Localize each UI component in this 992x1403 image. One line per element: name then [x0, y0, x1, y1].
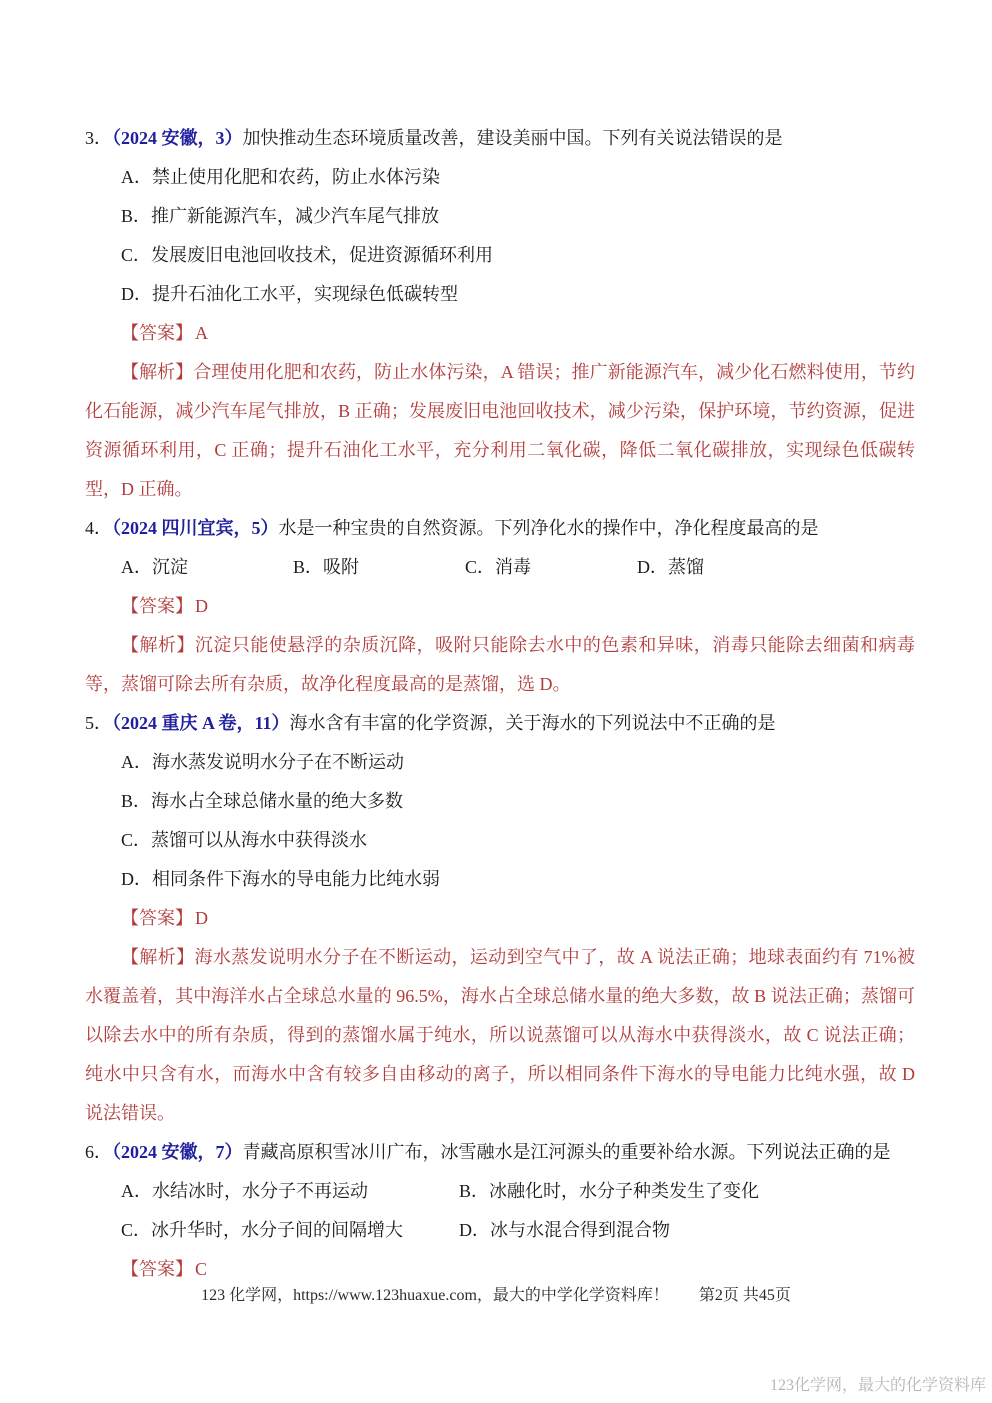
- answer-value: D: [193, 596, 208, 616]
- answer-label: 【答案】: [121, 596, 193, 616]
- answer-value: A: [193, 323, 208, 343]
- questions-area: 3．（2024 安徽，3）加快推动生态环境质量改善，建设美丽中国。下列有关说法错…: [85, 119, 915, 1289]
- analysis-paragraph: 【解析】海水蒸发说明水分子在不断运动，运动到空气中了，故 A 说法正确；地球表面…: [85, 938, 915, 1133]
- question-block: 3．（2024 安徽，3）加快推动生态环境质量改善，建设美丽中国。下列有关说法错…: [85, 119, 915, 509]
- answer-label: 【答案】: [121, 908, 193, 928]
- answer-label: 【答案】: [121, 323, 193, 343]
- option-A: A．海水蒸发说明水分子在不断运动: [121, 743, 915, 782]
- options-group: A．沉淀B．吸附C．消毒D．蒸馏: [85, 548, 915, 587]
- options-group: A．禁止使用化肥和农药，防止水体污染B．推广新能源汽车，减少汽车尾气排放C．发展…: [85, 158, 915, 314]
- options-group: A．海水蒸发说明水分子在不断运动B．海水占全球总储水量的绝大多数C．蒸馏可以从海…: [85, 743, 915, 899]
- option-C: C．蒸馏可以从海水中获得淡水: [121, 821, 915, 860]
- question-stem-line: 5．（2024 重庆 A 卷，11）海水含有丰富的化学资源，关于海水的下列说法中…: [85, 704, 915, 743]
- analysis-label: 【解析】: [121, 947, 194, 967]
- question-stem: 青藏高原积雪冰川广布，冰雪融水是江河源头的重要补给水源。下列说法正确的是: [243, 1142, 891, 1162]
- question-number: 4．: [85, 518, 112, 538]
- option-A: A．沉淀: [121, 548, 293, 587]
- analysis-label: 【解析】: [121, 635, 195, 655]
- answer-label: 【答案】: [121, 1259, 193, 1279]
- option-A: A．禁止使用化肥和农药，防止水体污染: [121, 158, 915, 197]
- question-block: 5．（2024 重庆 A 卷，11）海水含有丰富的化学资源，关于海水的下列说法中…: [85, 704, 915, 1133]
- question-block: 4．（2024 四川宜宾，5）水是一种宝贵的自然资源。下列净化水的操作中，净化程…: [85, 509, 915, 704]
- option-C: C．消毒: [465, 548, 637, 587]
- option-D: D．冰与水混合得到混合物: [459, 1211, 915, 1250]
- document-page: 3．（2024 安徽，3）加快推动生态环境质量改善，建设美丽中国。下列有关说法错…: [0, 0, 992, 1403]
- option-D: D．相同条件下海水的导电能力比纯水弱: [121, 860, 915, 899]
- option-B: B．推广新能源汽车，减少汽车尾气排放: [121, 197, 915, 236]
- question-source-tag: （2024 重庆 A 卷，11）: [112, 713, 290, 733]
- question-source-tag: （2024 安徽，7）: [112, 1142, 243, 1162]
- analysis-text: 沉淀只能使悬浮的杂质沉降，吸附只能除去水中的色素和异味，消毒只能除去细菌和病毒等…: [85, 635, 915, 694]
- question-stem-line: 3．（2024 安徽，3）加快推动生态环境质量改善，建设美丽中国。下列有关说法错…: [85, 119, 915, 158]
- question-block: 6．（2024 安徽，7）青藏高原积雪冰川广布，冰雪融水是江河源头的重要补给水源…: [85, 1133, 915, 1289]
- answer-line: 【答案】D: [85, 899, 915, 938]
- answer-line: 【答案】D: [85, 587, 915, 626]
- question-source-tag: （2024 四川宜宾，5）: [112, 518, 279, 538]
- question-stem-line: 6．（2024 安徽，7）青藏高原积雪冰川广布，冰雪融水是江河源头的重要补给水源…: [85, 1133, 915, 1172]
- question-source-tag: （2024 安徽，3）: [112, 128, 243, 148]
- footer-page-indicator: 第2页 共45页: [699, 1287, 791, 1304]
- option-C: C．冰升华时，水分子间的间隔增大: [121, 1211, 459, 1250]
- analysis-text: 海水蒸发说明水分子在不断运动，运动到空气中了，故 A 说法正确；地球表面约有 7…: [85, 947, 915, 1123]
- option-B: B．冰融化时，水分子种类发生了变化: [459, 1172, 915, 1211]
- analysis-paragraph: 【解析】沉淀只能使悬浮的杂质沉降，吸附只能除去水中的色素和异味，消毒只能除去细菌…: [85, 626, 915, 704]
- option-D: D．蒸馏: [637, 548, 704, 587]
- option-B: B．吸附: [293, 548, 465, 587]
- watermark-text: 123化学网，最大的化学资料库: [770, 1372, 986, 1395]
- question-stem: 加快推动生态环境质量改善，建设美丽中国。下列有关说法错误的是: [243, 128, 783, 148]
- question-stem: 海水含有丰富的化学资源，关于海水的下列说法中不正确的是: [290, 713, 776, 733]
- option-D: D．提升石油化工水平，实现绿色低碳转型: [121, 275, 915, 314]
- question-stem: 水是一种宝贵的自然资源。下列净化水的操作中，净化程度最高的是: [279, 518, 819, 538]
- footer-site-info: 123 化学网，https://www.123huaxue.com，最大的中学化…: [201, 1287, 669, 1304]
- question-number: 3．: [85, 128, 112, 148]
- answer-value: C: [193, 1259, 207, 1279]
- option-B: B．海水占全球总储水量的绝大多数: [121, 782, 915, 821]
- question-stem-line: 4．（2024 四川宜宾，5）水是一种宝贵的自然资源。下列净化水的操作中，净化程…: [85, 509, 915, 548]
- option-A: A．水结冰时，水分子不再运动: [121, 1172, 459, 1211]
- question-number: 5．: [85, 713, 112, 733]
- answer-line: 【答案】A: [85, 314, 915, 353]
- options-group: A．水结冰时，水分子不再运动B．冰融化时，水分子种类发生了变化C．冰升华时，水分…: [85, 1172, 915, 1250]
- option-C: C．发展废旧电池回收技术，促进资源循环利用: [121, 236, 915, 275]
- answer-value: D: [193, 908, 208, 928]
- analysis-text: 合理使用化肥和农药，防止水体污染，A 错误；推广新能源汽车，减少化石燃料使用，节…: [85, 362, 915, 499]
- analysis-paragraph: 【解析】合理使用化肥和农药，防止水体污染，A 错误；推广新能源汽车，减少化石燃料…: [85, 353, 915, 509]
- page-footer: 123 化学网，https://www.123huaxue.com，最大的中学化…: [0, 1283, 992, 1309]
- question-number: 6．: [85, 1142, 112, 1162]
- analysis-label: 【解析】: [121, 362, 193, 382]
